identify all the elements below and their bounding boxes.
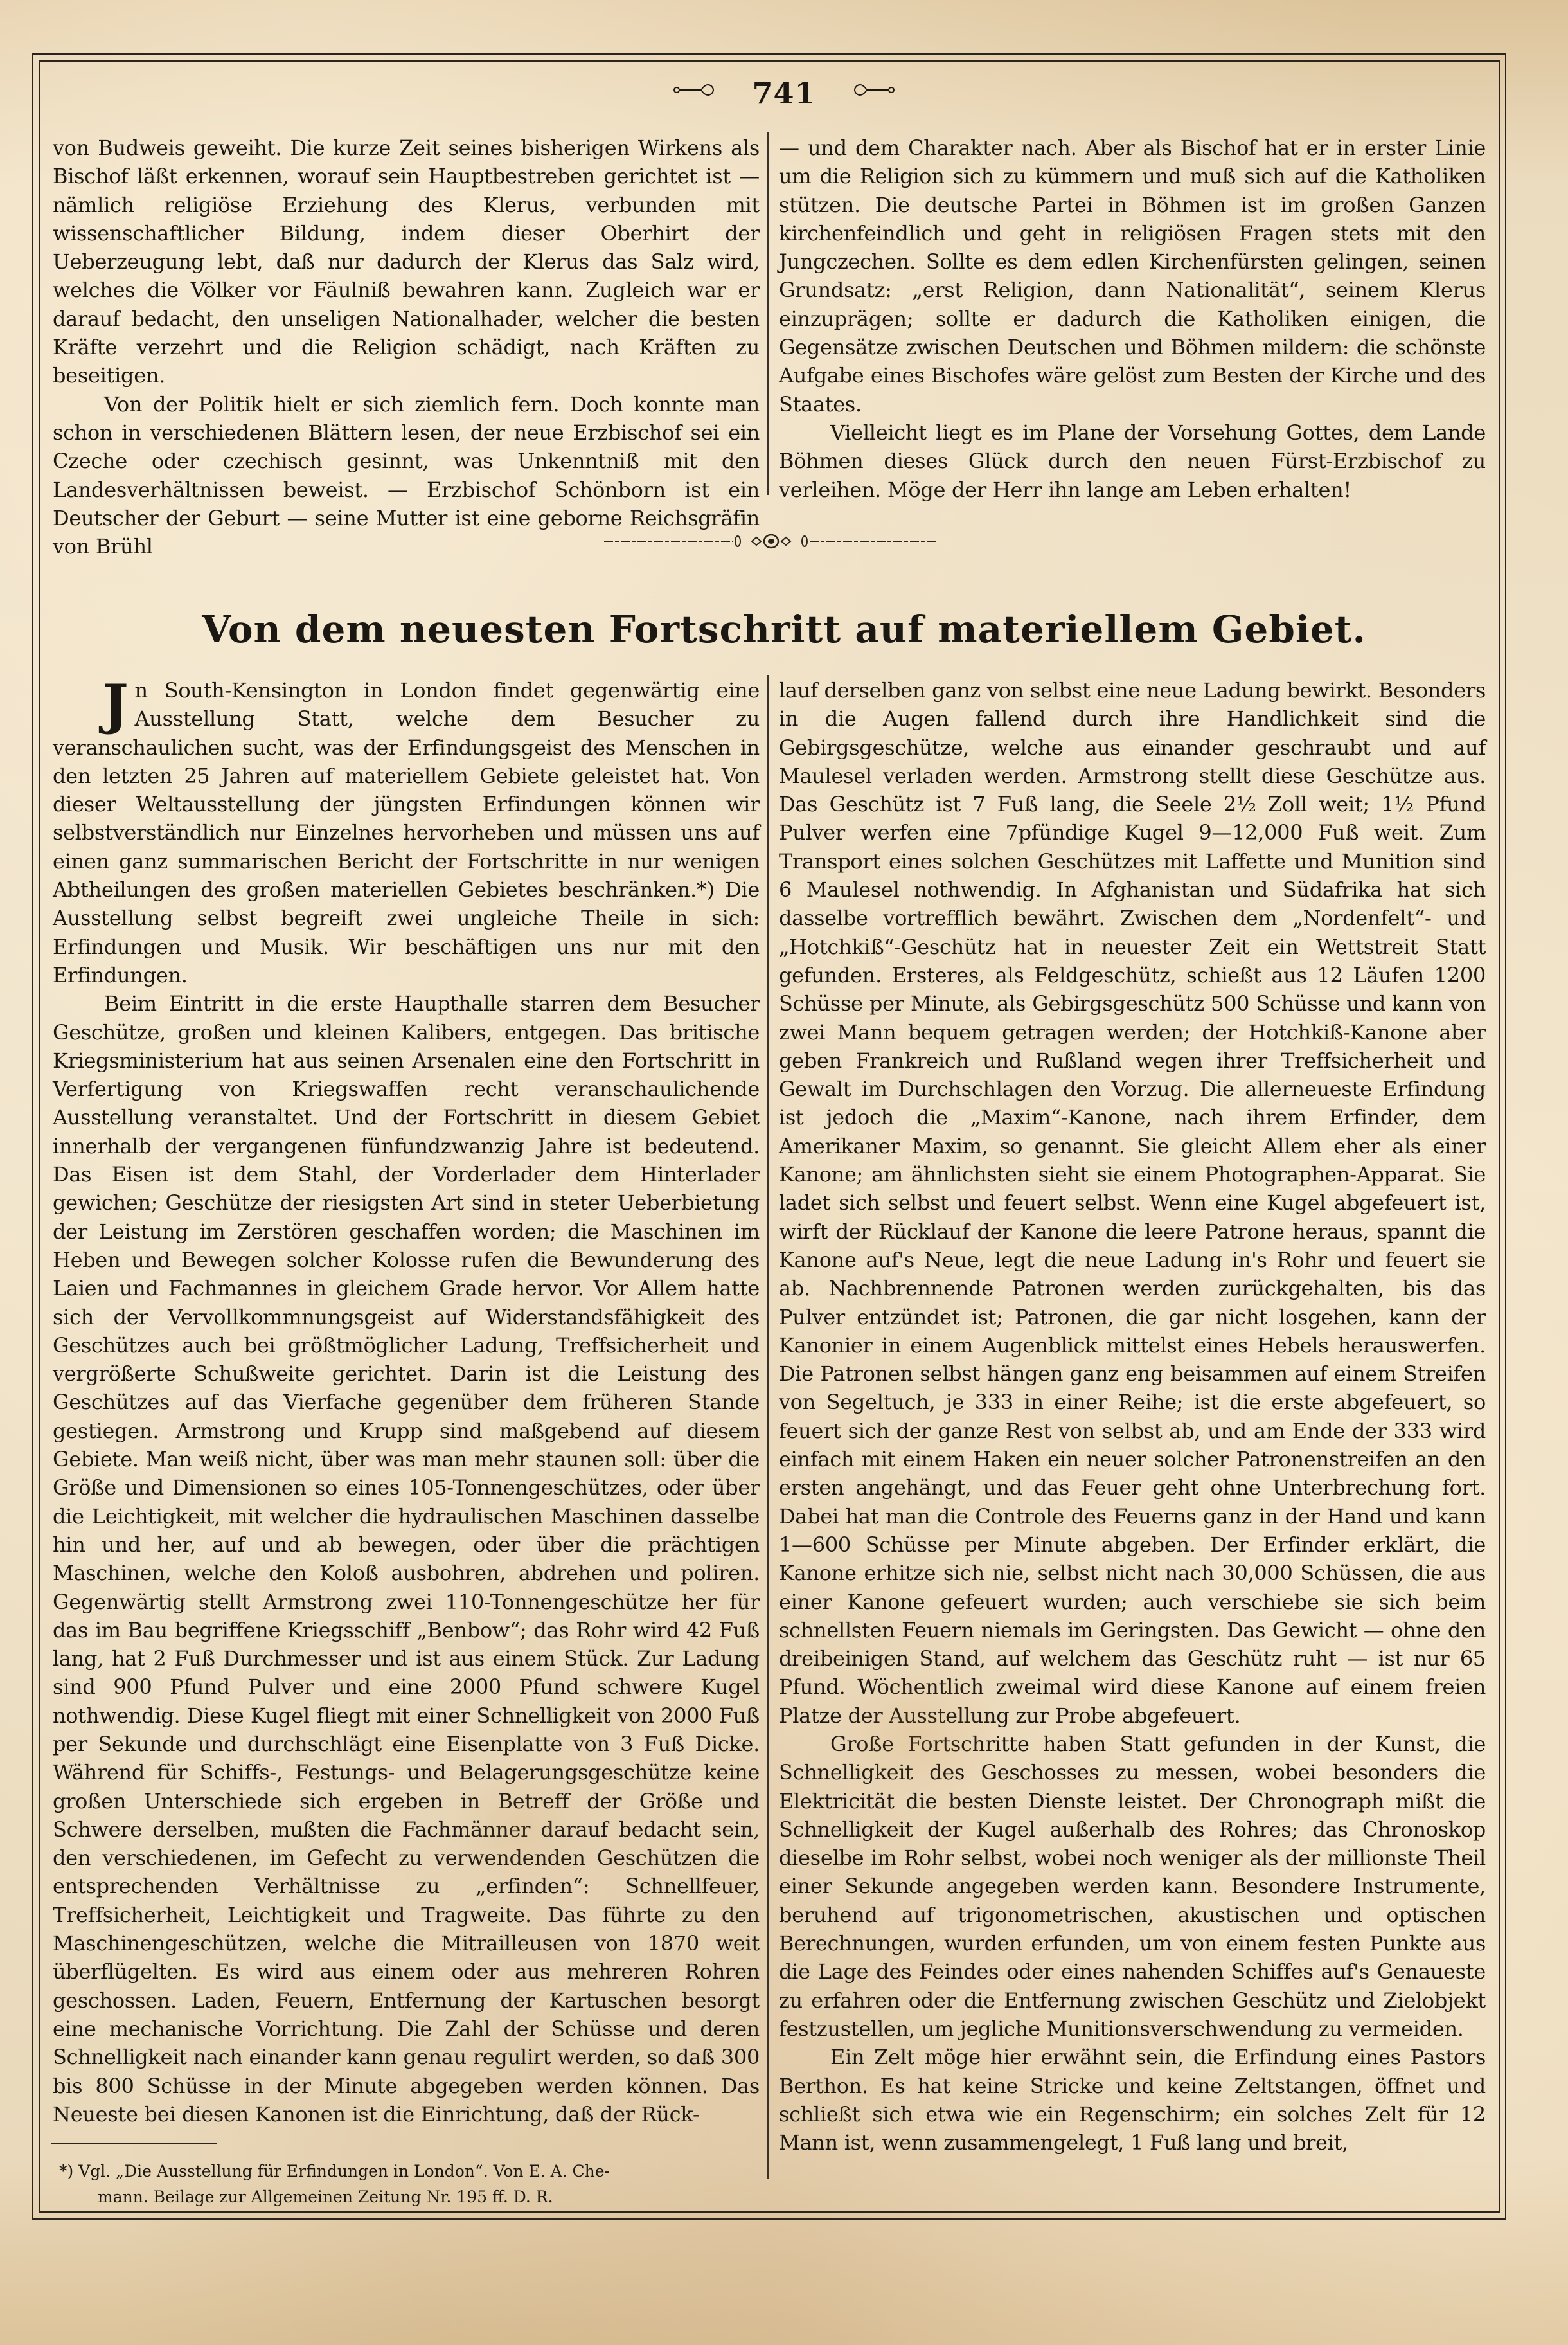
- paragraph: Ein Zelt möge hier erwähnt sein, die Erf…: [779, 2043, 1486, 2157]
- article-right-column: lauf derselben ganz von selbst eine neue…: [779, 676, 1486, 2157]
- left-ornament-icon: [673, 80, 718, 105]
- column-divider: [767, 132, 769, 495]
- paragraph: Vielleicht liegt es im Plane der Vorsehu…: [779, 418, 1486, 504]
- drop-cap: J: [103, 679, 128, 730]
- footnote: *) Vgl. „Die Ausstellung für Erfindungen…: [59, 2159, 760, 2210]
- article-title: Von dem neuesten Fortschritt auf materie…: [0, 607, 1568, 651]
- article-left-column: Jn South-Kensington in London findet geg…: [53, 676, 760, 2128]
- paragraph-text: n South-Kensington in London findet gege…: [53, 678, 760, 987]
- footnote-rule: [51, 2143, 217, 2144]
- page-number: 741: [752, 76, 815, 111]
- previous-article-right-column: — und dem Charakter nach. Aber als Bisch…: [779, 134, 1486, 504]
- paragraph: Große Fortschritte haben Statt gefunden …: [779, 1730, 1486, 2043]
- paragraph-with-dropcap: Jn South-Kensington in London findet geg…: [53, 676, 760, 989]
- paragraph: Beim Eintritt in die erste Haupthalle st…: [53, 989, 760, 2128]
- column-divider: [767, 675, 769, 2179]
- paragraph: von Budweis geweiht. Die kurze Zeit sein…: [53, 134, 760, 390]
- footnote-line: mann. Beilage zur Allgemeinen Zeitung Nr…: [59, 2184, 760, 2210]
- previous-article-left-column: von Budweis geweiht. Die kurze Zeit sein…: [53, 134, 760, 561]
- paragraph: — und dem Charakter nach. Aber als Bisch…: [779, 134, 1486, 418]
- page-number-header: 741: [0, 76, 1568, 111]
- footnote-line: *) Vgl. „Die Ausstellung für Erfindungen…: [59, 2162, 610, 2180]
- ornamental-divider-icon: [604, 534, 938, 549]
- paragraph: lauf derselben ganz von selbst eine neue…: [779, 676, 1486, 1730]
- right-ornament-icon: [850, 80, 895, 105]
